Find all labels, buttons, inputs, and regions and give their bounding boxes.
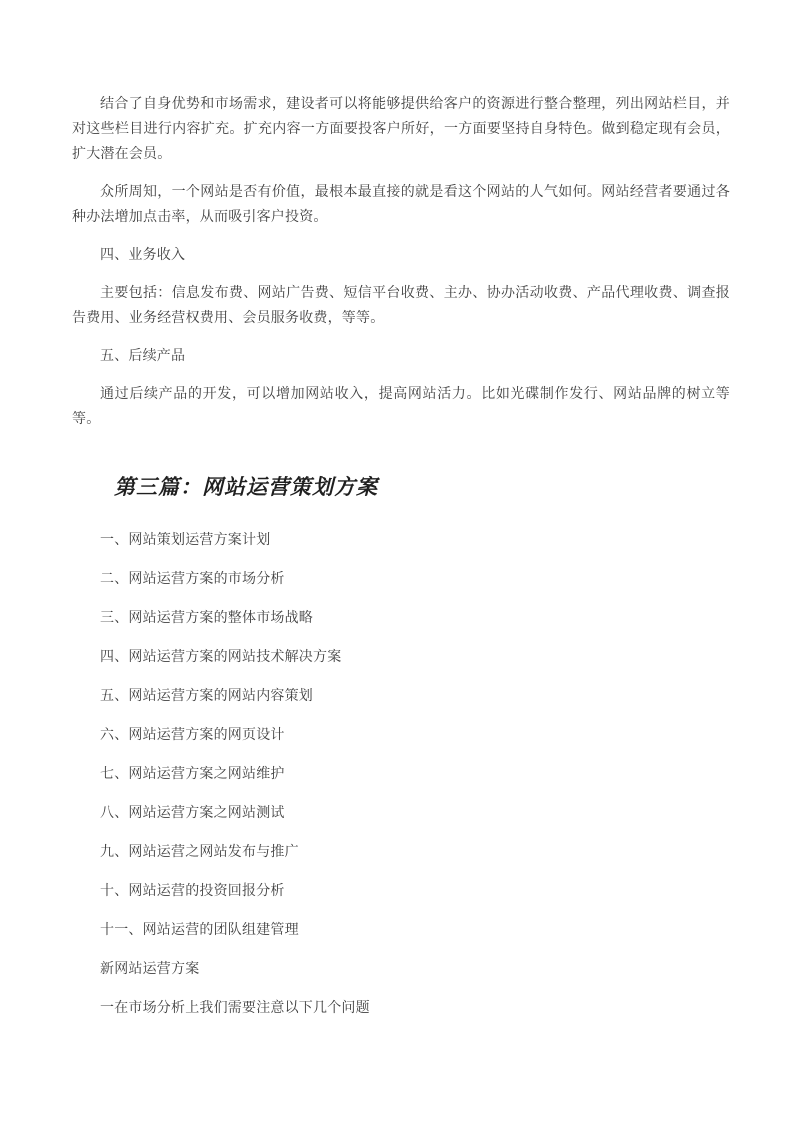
body-paragraph: 主要包括：信息发布费、网站广告费、短信平台收费、主办、协办活动收费、产品代理收费… <box>72 281 730 331</box>
outline-item: 一、网站策划运营方案计划 <box>72 528 730 553</box>
outline-item: 一在市场分析上我们需要注意以下几个问题 <box>72 996 730 1021</box>
outline-item: 二、网站运营方案的市场分析 <box>72 567 730 592</box>
outline-item: 九、网站运营之网站发布与推广 <box>72 840 730 865</box>
outline-item: 七、网站运营方案之网站维护 <box>72 762 730 787</box>
outline-item: 六、网站运营方案的网页设计 <box>72 723 730 748</box>
outline-item: 五、网站运营方案的网站内容策划 <box>72 684 730 709</box>
outline-item: 十、网站运营的投资回报分析 <box>72 879 730 904</box>
outline-item: 十一、网站运营的团队组建管理 <box>72 918 730 943</box>
section-number-heading: 五、后续产品 <box>72 344 730 369</box>
outline-item: 新网站运营方案 <box>72 957 730 982</box>
document-page: 结合了自身优势和市场需求，建设者可以将能够提供给客户的资源进行整合整理，列出网站… <box>0 0 800 1132</box>
outline-item: 八、网站运营方案之网站测试 <box>72 801 730 826</box>
body-paragraph: 结合了自身优势和市场需求，建设者可以将能够提供给客户的资源进行整合整理，列出网站… <box>72 92 730 167</box>
body-paragraph: 通过后续产品的开发，可以增加网站收入，提高网站活力。比如光碟制作发行、网站品牌的… <box>72 382 730 432</box>
section-title: 第三篇：网站运营策划方案 <box>72 472 730 502</box>
outline-item: 四、网站运营方案的网站技术解决方案 <box>72 645 730 670</box>
section-number-heading: 四、业务收入 <box>72 243 730 268</box>
outline-item: 三、网站运营方案的整体市场战略 <box>72 606 730 631</box>
body-paragraph: 众所周知，一个网站是否有价值，最根本最直接的就是看这个网站的人气如何。网站经营者… <box>72 180 730 230</box>
